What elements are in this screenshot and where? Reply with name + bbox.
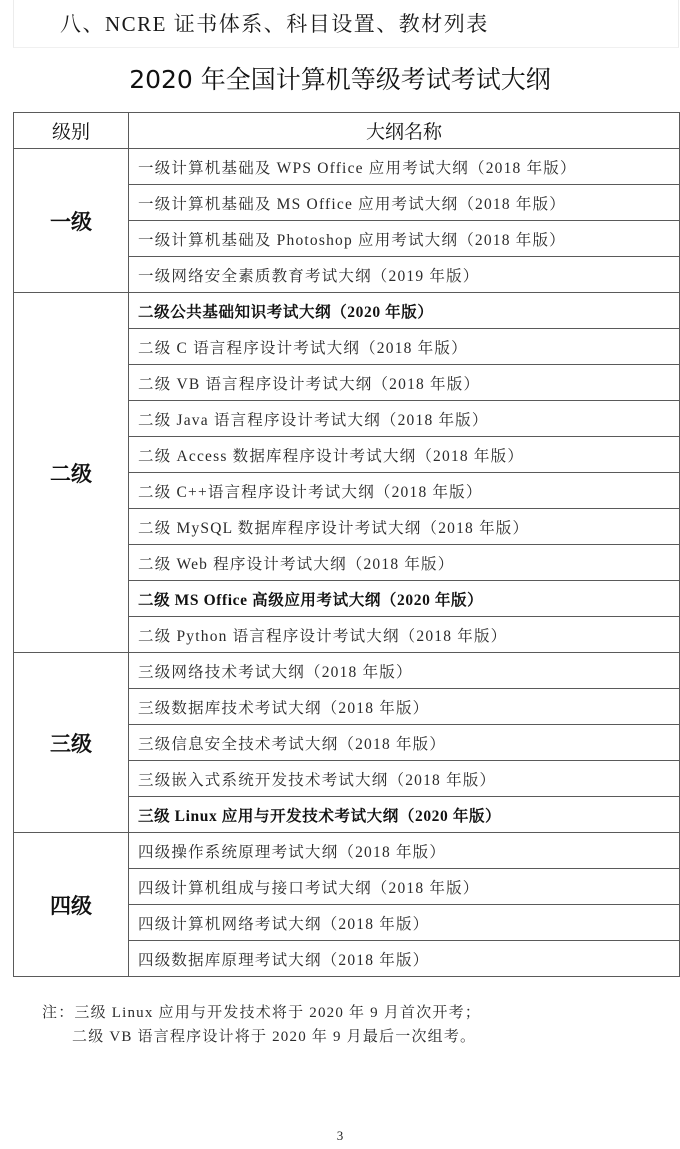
level-cell-4: 四级	[14, 833, 129, 977]
footnote-line-1: 注：三级 Linux 应用与开发技术将于 2020 年 9 月首次开考；	[42, 1001, 481, 1022]
header-syllabus-name: 大纲名称	[129, 113, 680, 149]
syllabus-item: 一级网络安全素质教育考试大纲（2019 年版）	[129, 257, 680, 293]
footnote-line-2: 二级 VB 语言程序设计将于 2020 年 9 月最后一次组考。	[72, 1025, 476, 1046]
table-row: 四级 四级操作系统原理考试大纲（2018 年版）	[14, 833, 680, 869]
syllabus-item: 二级 C 语言程序设计考试大纲（2018 年版）	[129, 329, 680, 365]
syllabus-item: 二级 C++语言程序设计考试大纲（2018 年版）	[129, 473, 680, 509]
syllabus-item: 二级 MySQL 数据库程序设计考试大纲（2018 年版）	[129, 509, 680, 545]
syllabus-item: 二级 MS Office 高级应用考试大纲（2020 年版）	[129, 581, 680, 617]
syllabus-item: 二级 Access 数据库程序设计考试大纲（2018 年版）	[129, 437, 680, 473]
syllabus-item: 二级 Web 程序设计考试大纲（2018 年版）	[129, 545, 680, 581]
syllabus-item: 四级操作系统原理考试大纲（2018 年版）	[129, 833, 680, 869]
page-number: 3	[0, 1128, 680, 1144]
document-title: 2020 年全国计算机等级考试考试大纲	[0, 60, 680, 96]
syllabus-item: 三级信息安全技术考试大纲（2018 年版）	[129, 725, 680, 761]
syllabus-item: 三级数据库技术考试大纲（2018 年版）	[129, 689, 680, 725]
syllabus-item: 一级计算机基础及 WPS Office 应用考试大纲（2018 年版）	[129, 149, 680, 185]
table-body: 一级 一级计算机基础及 WPS Office 应用考试大纲（2018 年版） 一…	[14, 149, 680, 977]
table-header-row: 级别 大纲名称	[14, 113, 680, 149]
section-heading: 八、NCRE 证书体系、科目设置、教材列表	[60, 8, 489, 38]
syllabus-item: 二级 Java 语言程序设计考试大纲（2018 年版）	[129, 401, 680, 437]
syllabus-item: 三级网络技术考试大纲（2018 年版）	[129, 653, 680, 689]
syllabus-table: 级别 大纲名称 一级 一级计算机基础及 WPS Office 应用考试大纲（20…	[13, 112, 680, 977]
syllabus-item: 四级计算机网络考试大纲（2018 年版）	[129, 905, 680, 941]
level-cell-1: 一级	[14, 149, 129, 293]
syllabus-item: 一级计算机基础及 MS Office 应用考试大纲（2018 年版）	[129, 185, 680, 221]
syllabus-item: 二级公共基础知识考试大纲（2020 年版）	[129, 293, 680, 329]
level-cell-3: 三级	[14, 653, 129, 833]
syllabus-item: 四级计算机组成与接口考试大纲（2018 年版）	[129, 869, 680, 905]
table-row: 二级 二级公共基础知识考试大纲（2020 年版）	[14, 293, 680, 329]
syllabus-item: 三级嵌入式系统开发技术考试大纲（2018 年版）	[129, 761, 680, 797]
syllabus-item: 四级数据库原理考试大纲（2018 年版）	[129, 941, 680, 977]
header-level: 级别	[14, 113, 129, 149]
syllabus-item: 二级 Python 语言程序设计考试大纲（2018 年版）	[129, 617, 680, 653]
syllabus-item: 二级 VB 语言程序设计考试大纲（2018 年版）	[129, 365, 680, 401]
table-row: 三级 三级网络技术考试大纲（2018 年版）	[14, 653, 680, 689]
syllabus-item: 一级计算机基础及 Photoshop 应用考试大纲（2018 年版）	[129, 221, 680, 257]
table-row: 一级 一级计算机基础及 WPS Office 应用考试大纲（2018 年版）	[14, 149, 680, 185]
level-cell-2: 二级	[14, 293, 129, 653]
syllabus-item: 三级 Linux 应用与开发技术考试大纲（2020 年版）	[129, 797, 680, 833]
